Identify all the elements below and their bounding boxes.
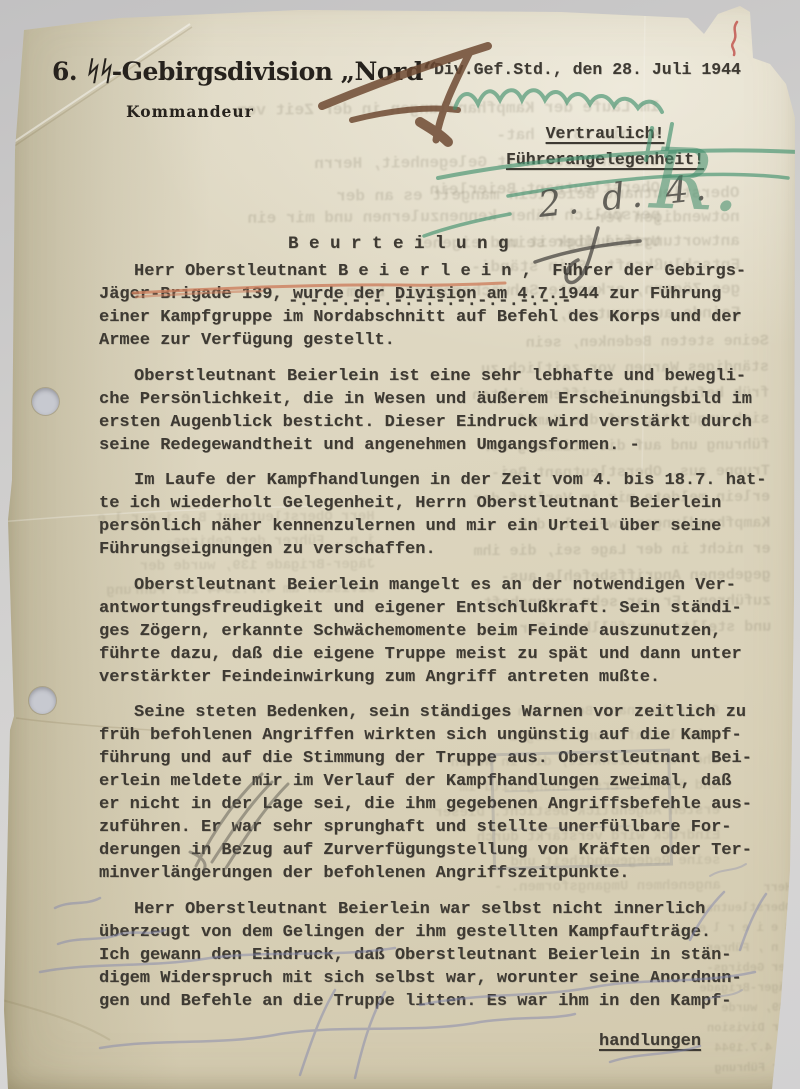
paragraph: Seine steten Bedenken, sein ständiges Wa…	[99, 701, 771, 885]
text-line: te ich wiederholt Gelegenheit, Herrn Obe…	[99, 492, 771, 515]
paragraph: Oberstleutnant Beierlein mangelt es an d…	[99, 574, 771, 689]
text-line: che Persönlichkeit, die in Wesen und äuß…	[99, 388, 771, 411]
text-line: führung und auf die Stimmung der Truppe …	[99, 747, 771, 770]
paragraph: Oberstleutnant Beierlein ist eine sehr l…	[99, 365, 771, 457]
text-line: führte dazu, daß die eigene Truppe meist…	[99, 643, 771, 666]
letterhead-number: 6.	[52, 57, 85, 86]
letterhead-subtitle: Kommandeur	[55, 102, 325, 121]
text-line: gen und Befehle an die Truppe litten. Es…	[99, 990, 771, 1013]
text-line: seine Redegewandtheit und angenehmen Umg…	[99, 434, 771, 457]
text-line: ges Zögern, erkannte Schwächemomente bei…	[99, 620, 771, 643]
text-line: Oberstleutnant Beierlein mangelt es an d…	[99, 574, 771, 597]
text-line: einer Kampfgruppe im Nordabschnitt auf B…	[99, 306, 771, 329]
catchword: handlungen	[599, 1032, 701, 1051]
punch-hole-top	[32, 388, 59, 415]
punch-hole-bottom	[29, 687, 56, 714]
text-line: Führungseignungen zu verschaffen.	[99, 538, 771, 561]
text-line: früh befohlenen Angriffen wirkten sich u…	[99, 724, 771, 747]
letterhead-unit-name: 6. ᛋᛋ-Gebirgsdivision „Nord“	[52, 56, 437, 87]
text-line: derungen in Bezug auf Zurverfügungstellu…	[99, 839, 771, 862]
text-line: antwortungsfreudigkeit und eigener Entsc…	[99, 597, 771, 620]
red-pencil-mark	[732, 22, 737, 55]
text-line: erlein meldete mir im Verlauf der Kampfh…	[99, 770, 771, 793]
document-sheet: Im Laufe der Kampfhandlungen in der Zeit…	[0, 0, 800, 1089]
text-line: digem Widerspruch mit sich selbst war, w…	[99, 967, 771, 990]
text-line: Ich gewann den Eindruck, daß Oberstleutn…	[99, 944, 771, 967]
text-line: überzeugt von dem Gelingen der ihm geste…	[99, 921, 771, 944]
letterhead-division: -Gebirgsdivision „Nord“	[112, 57, 437, 86]
ss-runes-icon: ᛋᛋ	[83, 56, 115, 87]
photo-background: Im Laufe der Kampfhandlungen in der Zeit…	[0, 0, 800, 1089]
text-line: Herr Oberstleutnant B e i e r l e i n , …	[99, 260, 771, 283]
paragraph: Herr Oberstleutnant Beierlein war selbst…	[99, 898, 771, 1013]
paragraph: Im Laufe der Kampfhandlungen in der Zeit…	[99, 469, 771, 561]
document-title: B e u r t e i l u n g	[288, 235, 572, 254]
text-line: Herr Oberstleutnant Beierlein war selbst…	[99, 898, 771, 921]
text-line: minverlängerungen der befohlenen Angriff…	[99, 862, 771, 885]
dateline: Div.Gef.Std., den 28. Juli 1944	[434, 60, 741, 79]
paragraph: Herr Oberstleutnant B e i e r l e i n , …	[99, 260, 771, 352]
text-line: zuführen. Er war sehr sprunghaft und ste…	[99, 816, 771, 839]
text-line: verstärkter Feindeinwirkung zum Angriff …	[99, 666, 771, 689]
text-line: ersten Augenblick besticht. Dieser Eindr…	[99, 411, 771, 434]
text-line: Im Laufe der Kampfhandlungen in der Zeit…	[99, 469, 771, 492]
text-line: Oberstleutnant Beierlein ist eine sehr l…	[99, 365, 771, 388]
text-line: er nicht in der Lage sei, die ihm gegebe…	[99, 793, 771, 816]
text-line: Seine steten Bedenken, sein ständiges Wa…	[99, 701, 771, 724]
green-initial-R: R.	[649, 136, 742, 223]
text-line: persönlich näher kennenzulernen und mir …	[99, 515, 771, 538]
document-body: Herr Oberstleutnant B e i e r l e i n , …	[99, 260, 771, 1025]
text-line: Jäger-Brigade 139, wurde der Division am…	[99, 283, 771, 306]
text-line: Armee zur Verfügung gestellt.	[99, 329, 771, 352]
